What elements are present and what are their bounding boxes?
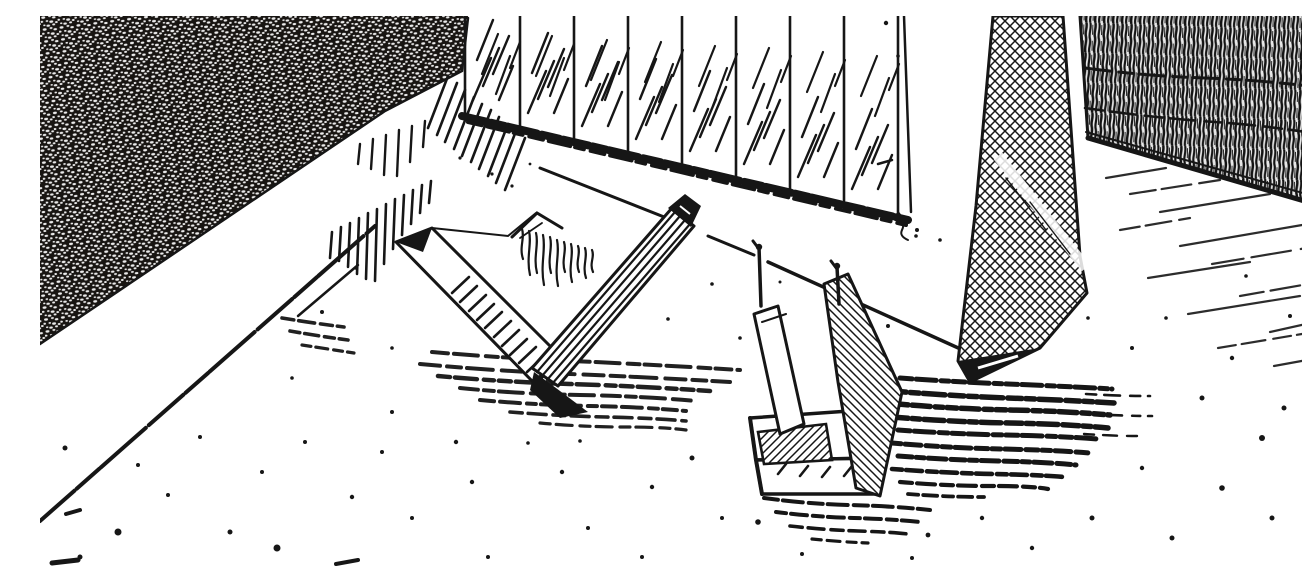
illustration-canvas: Black-and-white engraving: two folded-me…	[40, 16, 1302, 567]
right-stop-flap	[758, 424, 832, 464]
engraving-illustration: Black-and-white engraving: two folded-me…	[40, 16, 1302, 567]
